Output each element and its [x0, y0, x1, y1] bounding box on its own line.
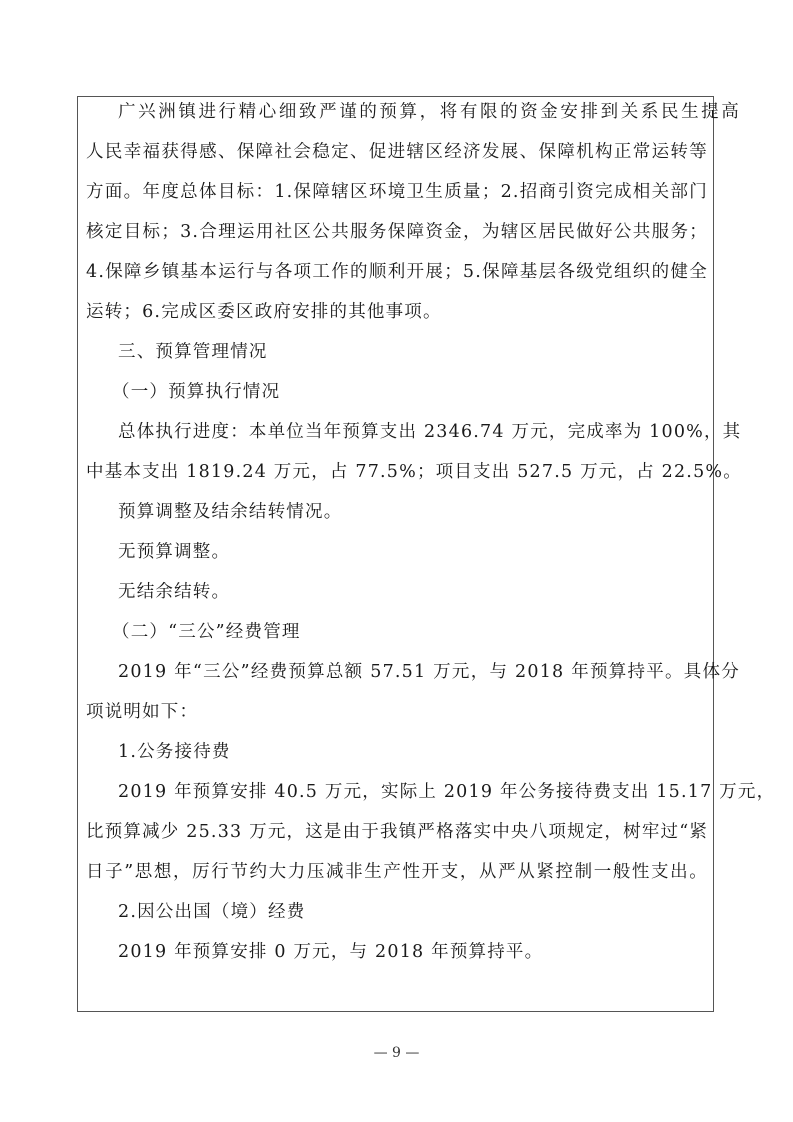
section-heading: 三、预算管理情况 [118, 341, 740, 363]
page-number: — 9 — [0, 1045, 793, 1061]
subsection-heading: （一）预算执行情况 [112, 381, 734, 403]
paragraph-line: 方面。年度总体目标：1.保障辖区环境卫生质量；2.招商引资完成相关部门 [86, 181, 708, 203]
paragraph-line: 2019 年预算安排 40.5 万元，实际上 2019 年公务接待费支出 15.… [118, 781, 740, 803]
paragraph-line: 无预算调整。 [118, 541, 740, 563]
paragraph-line: 比预算减少 25.33 万元，这是由于我镇严格落实中央八项规定，树牢过“紧 [86, 821, 708, 843]
paragraph-line: 2019 年“三公”经费预算总额 57.51 万元，与 2018 年预算持平。具… [118, 661, 740, 683]
item-heading: 2.因公出国（境）经费 [118, 901, 740, 923]
paragraph-line: 无结余结转。 [118, 581, 740, 603]
item-heading: 1.公务接待费 [118, 741, 740, 763]
paragraph-line: 总体执行进度：本单位当年预算支出 2346.74 万元，完成率为 100%，其 [118, 421, 740, 443]
paragraph-line: 广兴洲镇进行精心细致严谨的预算，将有限的资金安排到关系民生提高 [118, 101, 740, 123]
paragraph-line: 项说明如下： [86, 701, 708, 723]
paragraph-line: 运转；6.完成区委区政府安排的其他事项。 [86, 301, 708, 323]
paragraph-line: 4.保障乡镇基本运行与各项工作的顺利开展；5.保障基层各级党组织的健全 [86, 261, 708, 283]
paragraph-line: 预算调整及结余结转情况。 [118, 501, 740, 523]
paragraph-line: 中基本支出 1819.24 万元，占 77.5%；项目支出 527.5 万元，占… [86, 461, 708, 483]
subsection-heading: （二）“三公”经费管理 [112, 621, 734, 643]
paragraph-line: 核定目标；3.合理运用社区公共服务保障资金，为辖区居民做好公共服务； [86, 221, 708, 243]
paragraph-line: 2019 年预算安排 0 万元，与 2018 年预算持平。 [118, 941, 740, 963]
paragraph-line: 日子”思想，厉行节约大力压减非生产性开支，从严从紧控制一般性支出。 [86, 861, 708, 883]
paragraph-line: 人民幸福获得感、保障社会稳定、促进辖区经济发展、保障机构正常运转等 [86, 141, 708, 163]
